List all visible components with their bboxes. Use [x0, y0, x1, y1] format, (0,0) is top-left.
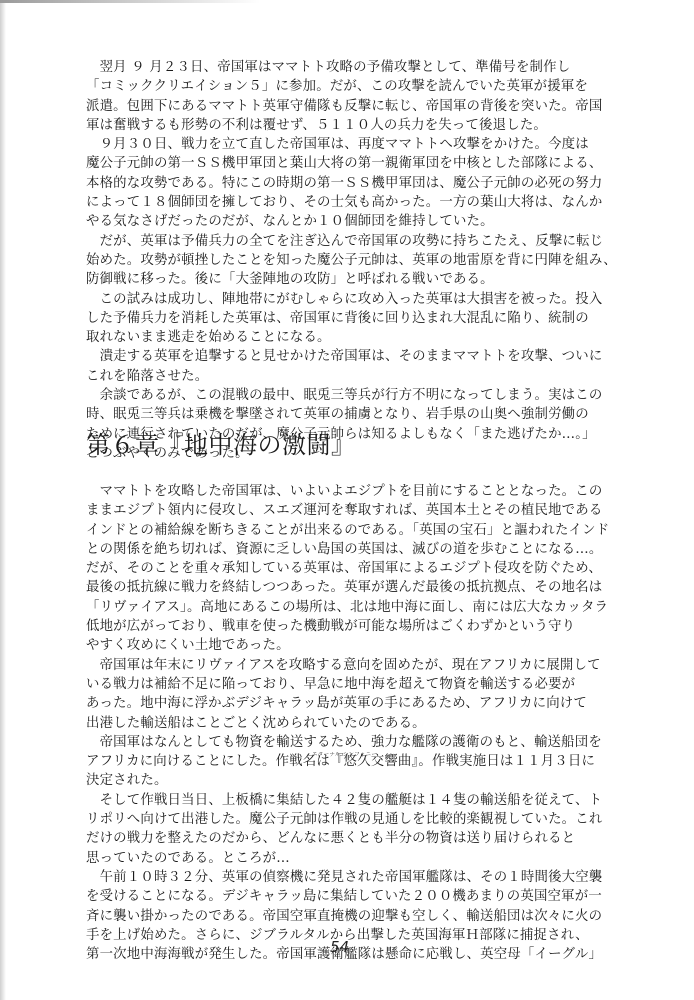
chapter-heading: 第６章『地中海の激闘』: [86, 430, 356, 460]
section-2-text: ママトトを攻略した帝国軍は、いよいよエジプトを目前にすることとなった。この まま…: [86, 482, 620, 964]
text-line: 思っていたのである。ところが…: [86, 849, 620, 868]
text-line: だが、英軍は予備兵力の全てを注ぎ込んで帝国軍の攻勢に持ちこたえ、反撃に転じ: [86, 232, 620, 251]
text-line: そして作戦日当日、上板橋に集結した４２隻の艦艇は１４隻の輸送船を従えて、ト: [86, 791, 620, 810]
text-line: だが、そのことを重々承知している英軍は、帝国軍によるエジプト侵攻を防ぐため、: [86, 559, 620, 578]
page-edge-shadow: [0, 0, 6, 1000]
section-1-text: 翌月 ９ 月２３日、帝国軍はママトト攻略の予備攻撃として、準備号を制作し 「コミ…: [86, 58, 620, 463]
text-line: 最後の抵抗線に戦力を終結しつつあった。英軍が選んだ最後の抵抗拠点、その地名は: [86, 578, 620, 597]
text-line: 翌月 ９ 月２３日、帝国軍はママトト攻略の予備攻撃として、準備号を制作し: [86, 58, 620, 77]
text-line: を受けることになる。デジキャラッ島に集結していた２００機あまりの英国空軍が一: [86, 887, 620, 906]
text-line: リポリへ向けて出港した。魔公子元帥は作戦の見通しを比較的楽観視していた。これ: [86, 810, 620, 829]
text-line: 決定された。: [86, 771, 620, 790]
text-line: 帝国軍はなんとしても物資を輸送するため、強力な艦隊の護衛のもと、輸送船団を: [86, 733, 620, 752]
text-line: 潰走する英軍を追撃すると見せかけた帝国軍は、そのままママトトを攻撃、ついに: [86, 347, 620, 366]
text-line: 出港した輸送船はことごとく沈められていたのである。: [86, 714, 620, 733]
text-line: やすく攻めにくい土地であった。: [86, 636, 620, 655]
text-line: だけの戦力を整えたのだから、どんなに悪くとも半分の物資は送り届けられると: [86, 829, 620, 848]
text-line: 余談であるが、この混戦の最中、眠兎三等兵が行方不明になってしまう。実はこの: [86, 386, 620, 405]
page-edge-shadow-top: [0, 0, 260, 3]
text-line: インドとの補給線を断ちきることが出来るのである。「英国の宝石」と謳われたインド: [86, 521, 620, 540]
text-line: した予備兵力を消耗した英軍は、帝国軍に背後に回り込まれ大混乱に陥り、統制の: [86, 309, 620, 328]
text-line: これを陥落させた。: [86, 367, 620, 386]
text-line: この試みは成功し、陣地帯にがむしゃらに攻め入った英軍は大損害を被った。投入: [86, 290, 620, 309]
text-line: ままエジプト領内に侵攻し、スエズ運河を奪取すれば、英国本土とその植民地である: [86, 501, 620, 520]
text-line: 防御戦に移った。後に「大釜陣地の攻防」と呼ばれる戦いである。: [86, 270, 620, 289]
text-line: 始めた。攻勢が頓挫したことを知った魔公子元帥は、英軍の地雷原を背に円陣を組み、: [86, 251, 620, 270]
text-line: 低地が広がっており、戦車を使った機動戦が可能な場所はごくわずかという守り: [86, 617, 620, 636]
text-line: 取れないまま逃走を始めることになる。: [86, 328, 620, 347]
text-line: 魔公子元帥の第一ＳＳ機甲軍団と葉山大将の第一親衛軍団を中核とした部隊による、: [86, 154, 620, 173]
text-line: やる気なさげだったのだが、なんとか１０個師団を維持していた。: [86, 212, 620, 231]
text-line: 軍は奮戦するも形勢の不利は覆せず、５１１０人の兵力を失って後退した。: [86, 116, 620, 135]
text-line: 第一次地中海海戦が発生した。帝国軍護衛艦隊は懸命に応戦し、英空母「イーグル」: [86, 945, 620, 964]
text-line: ９月３０日、戦力を立て直した帝国軍は、再度ママトトへ攻撃をかけた。今度は: [86, 135, 620, 154]
text-line: との関係を絶ち切れば、資源に乏しい島国の英国は、滅びの道を歩むことになる…。: [86, 540, 620, 559]
text-line: 斉に襲い掛かったのである。帝国空軍直掩機の迎撃も空しく、輸送船団は次々に火の: [86, 907, 620, 926]
text-line: 本格的な攻勢である。特にこの時期の第一ＳＳ機甲軍団は、魔公子元帥の必死の努力: [86, 174, 620, 193]
text-line: ママトトを攻略した帝国軍は、いよいよエジプトを目前にすることとなった。この: [86, 482, 620, 501]
text-line: あった。地中海に浮かぶデジキャラッ島が英軍の手にあるため、アフリカに向けて: [86, 694, 620, 713]
text-line: いる戦力は補給不足に陥っており、早急に地中海を超えて物資を輸送する必要が: [86, 675, 620, 694]
text-line: によって１８個師団を擁しており、その士気も高かった。一方の葉山大将は、なんか: [86, 193, 620, 212]
text-line: 派遣。包囲下にあるママトト英軍守備隊も反撃に転じ、帝国軍の背後を突いた。帝国: [86, 97, 620, 116]
text-line: 時、眠兎三等兵は乗機を撃墜されて英軍の捕虜となり、岩手県の山奥へ強制労働の: [86, 405, 620, 424]
text-line: 「リヴァイアス」。高地にあるこの場所は、北は地中海に面し、南には広大なカッタラ: [86, 598, 620, 617]
text-line-with-ruby: エターナル シンフォニー アフリカに向けることにした。作戦名は『悠久交響曲』。作…: [86, 752, 620, 771]
text-line: 帝国軍は年末にリヴァイアスを攻略する意向を固めたが、現在アフリカに展開して: [86, 656, 620, 675]
text-line: 手を上げ始めた。さらに、ジブラルタルから出撃した英国海軍Ｈ部隊に捕捉され、: [86, 926, 620, 945]
ruby-annotation: エターナル シンフォニー: [312, 752, 377, 758]
text-line: 「コミッククリエイション５」に参加。だが、この攻撃を読んでいた英軍が援軍を: [86, 77, 620, 96]
page-number: 54: [330, 938, 349, 956]
text-line: 午前１０時３２分、英軍の偵察機に発見された帝国軍艦隊は、その１時間後大空襲: [86, 868, 620, 887]
